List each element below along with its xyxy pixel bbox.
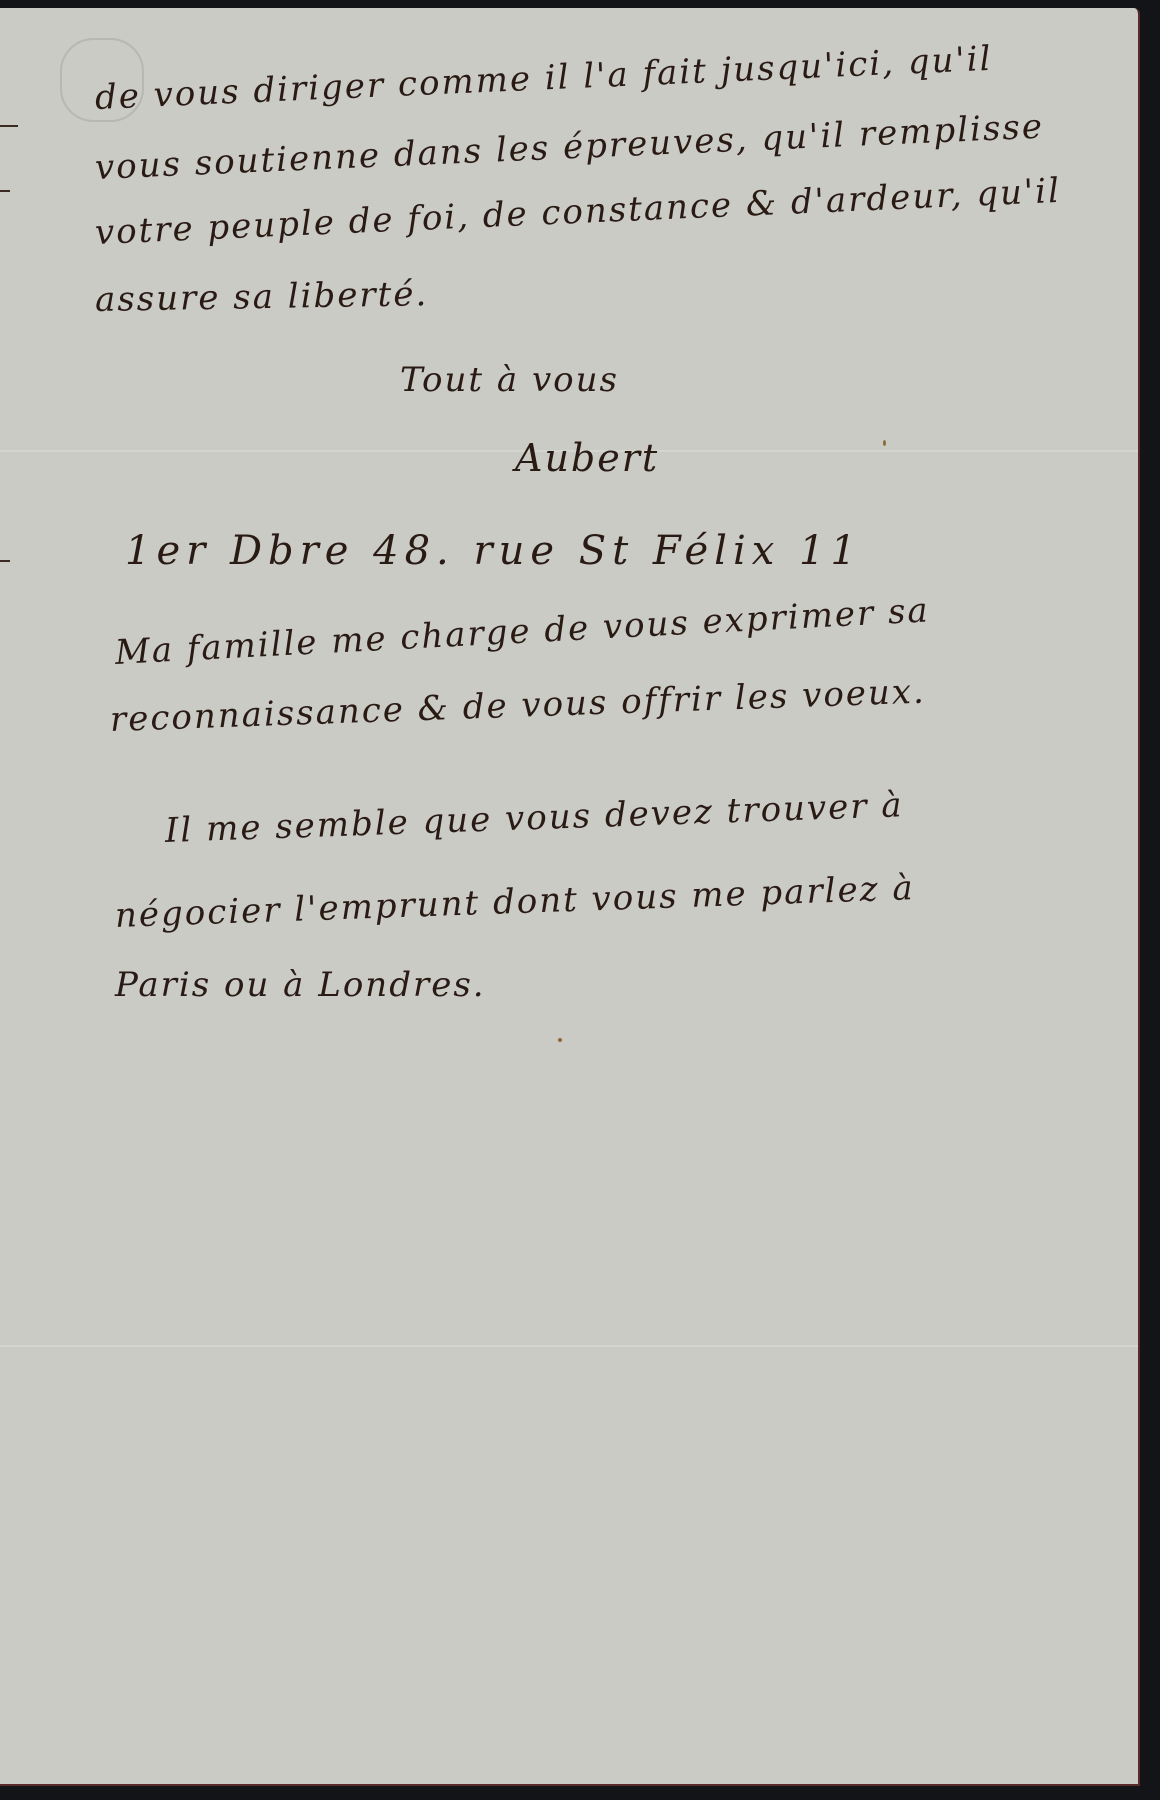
body-line-1: de vous diriger comme il l'a fait jusqu'… [94, 39, 993, 118]
margin-mark [0, 190, 10, 192]
closing: Tout à vous [400, 360, 619, 400]
postscript2-line-2: négocier l'emprunt dont vous me parlez à [114, 868, 915, 936]
margin-mark [0, 125, 18, 127]
body-line-2: vous soutienne dans les épreuves, qu'il … [94, 107, 1045, 188]
signature: Aubert [515, 436, 659, 480]
paper-spot [558, 1038, 562, 1042]
margin-mark [0, 560, 10, 562]
fold-line-lower [0, 1345, 1138, 1347]
paper-spot [883, 440, 886, 446]
body-line-4: assure sa liberté. [95, 274, 429, 320]
body-line-3: votre peuple de foi, de constance & d'ar… [94, 171, 1062, 253]
letter-page: de vous diriger comme il l'a fait jusqu'… [0, 8, 1140, 1786]
postscript2-line-3: Paris ou à Londres. [115, 965, 486, 1005]
postscript-line-2: reconnaissance & de vous offrir les voeu… [109, 672, 926, 740]
date-address: 1er Dbre 48. rue St Félix 11 [125, 528, 862, 574]
postscript-line-1: Ma famille me charge de vous exprimer sa [114, 590, 931, 673]
postscript2-line-1: Il me semble que vous devez trouver à [164, 785, 904, 851]
